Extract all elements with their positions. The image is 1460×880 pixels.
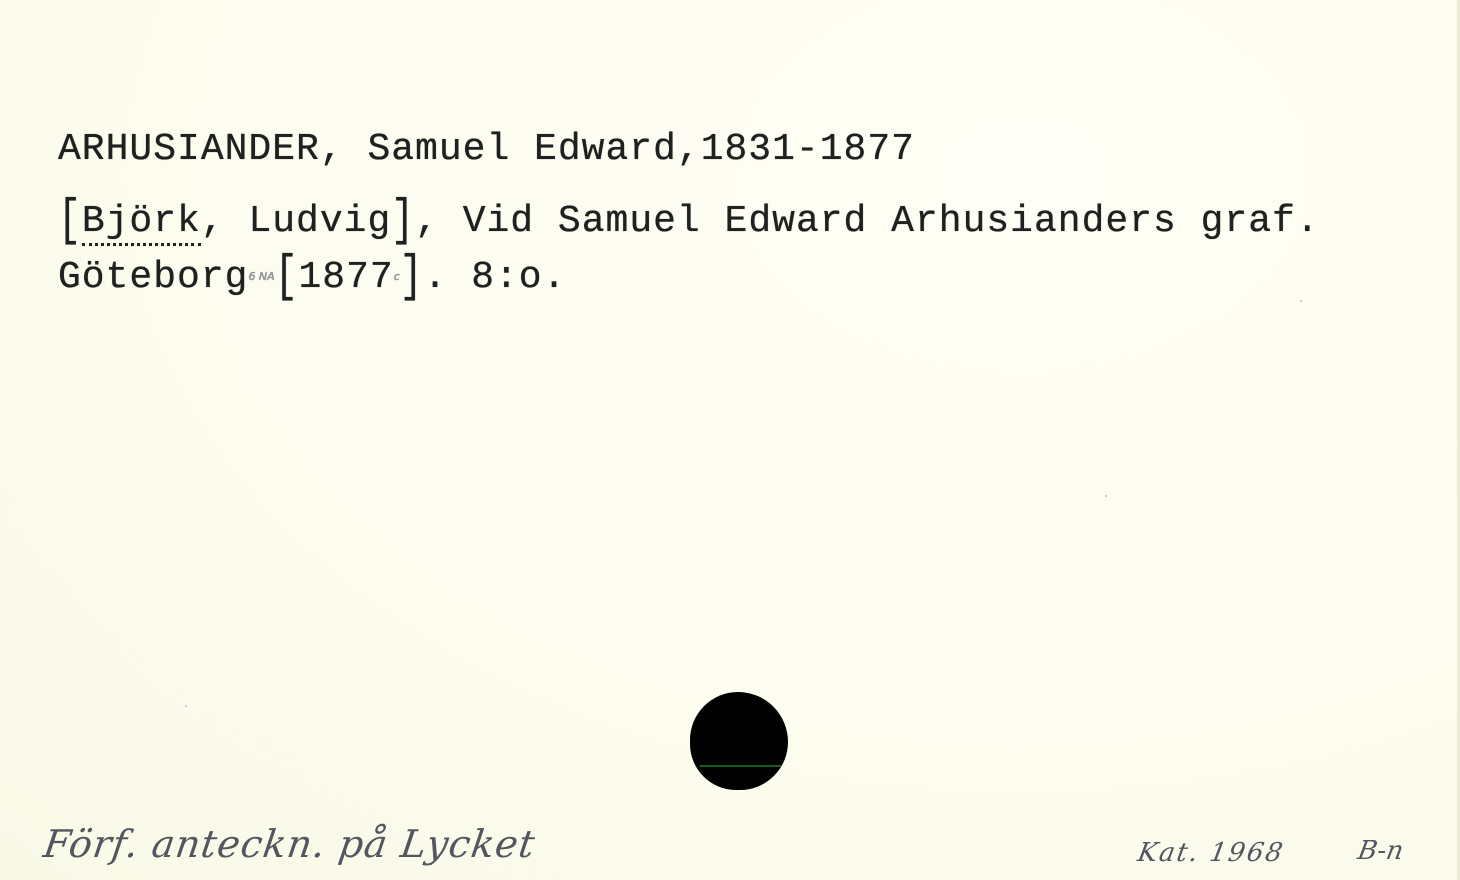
card-heading: ARHUSIANDER, Samuel Edward,1831-1877 (58, 124, 915, 176)
catalog-card: ARHUSIANDER, Samuel Edward,1831-1877 [Bj… (0, 0, 1460, 880)
publication-place: Göteborg (58, 256, 248, 299)
handwritten-signature: B-n (1355, 836, 1405, 866)
punch-hole (690, 692, 788, 790)
entry-line-2: Göteborg6 NA[1877c]. 8:o. (58, 252, 566, 304)
author-forename: , Ludvig (201, 200, 391, 243)
paper-speck (1300, 300, 1302, 302)
paper-speck (1105, 495, 1107, 497)
handwritten-note: Förf. anteckn. på Lycket (41, 822, 538, 866)
paper-speck (185, 705, 187, 707)
author-bracket-open: [ (58, 187, 82, 257)
entry-line-1: [Björk, Ludvig], Vid Samuel Edward Arhus… (58, 196, 1320, 248)
book-format: . 8:o. (424, 256, 567, 299)
author-surname: Björk (82, 200, 201, 246)
year-bracket-open: [ (275, 243, 299, 313)
year-bracket-close: ] (400, 243, 424, 313)
publication-year: 1877 (299, 256, 394, 299)
handwritten-catalog-date: Kat. 1968 (1135, 838, 1286, 868)
entry-title: , Vid Samuel Edward Arhusianders graf. (415, 200, 1320, 243)
punch-hole-line (700, 765, 782, 767)
pencil-annotation: 6 NA (248, 271, 274, 282)
